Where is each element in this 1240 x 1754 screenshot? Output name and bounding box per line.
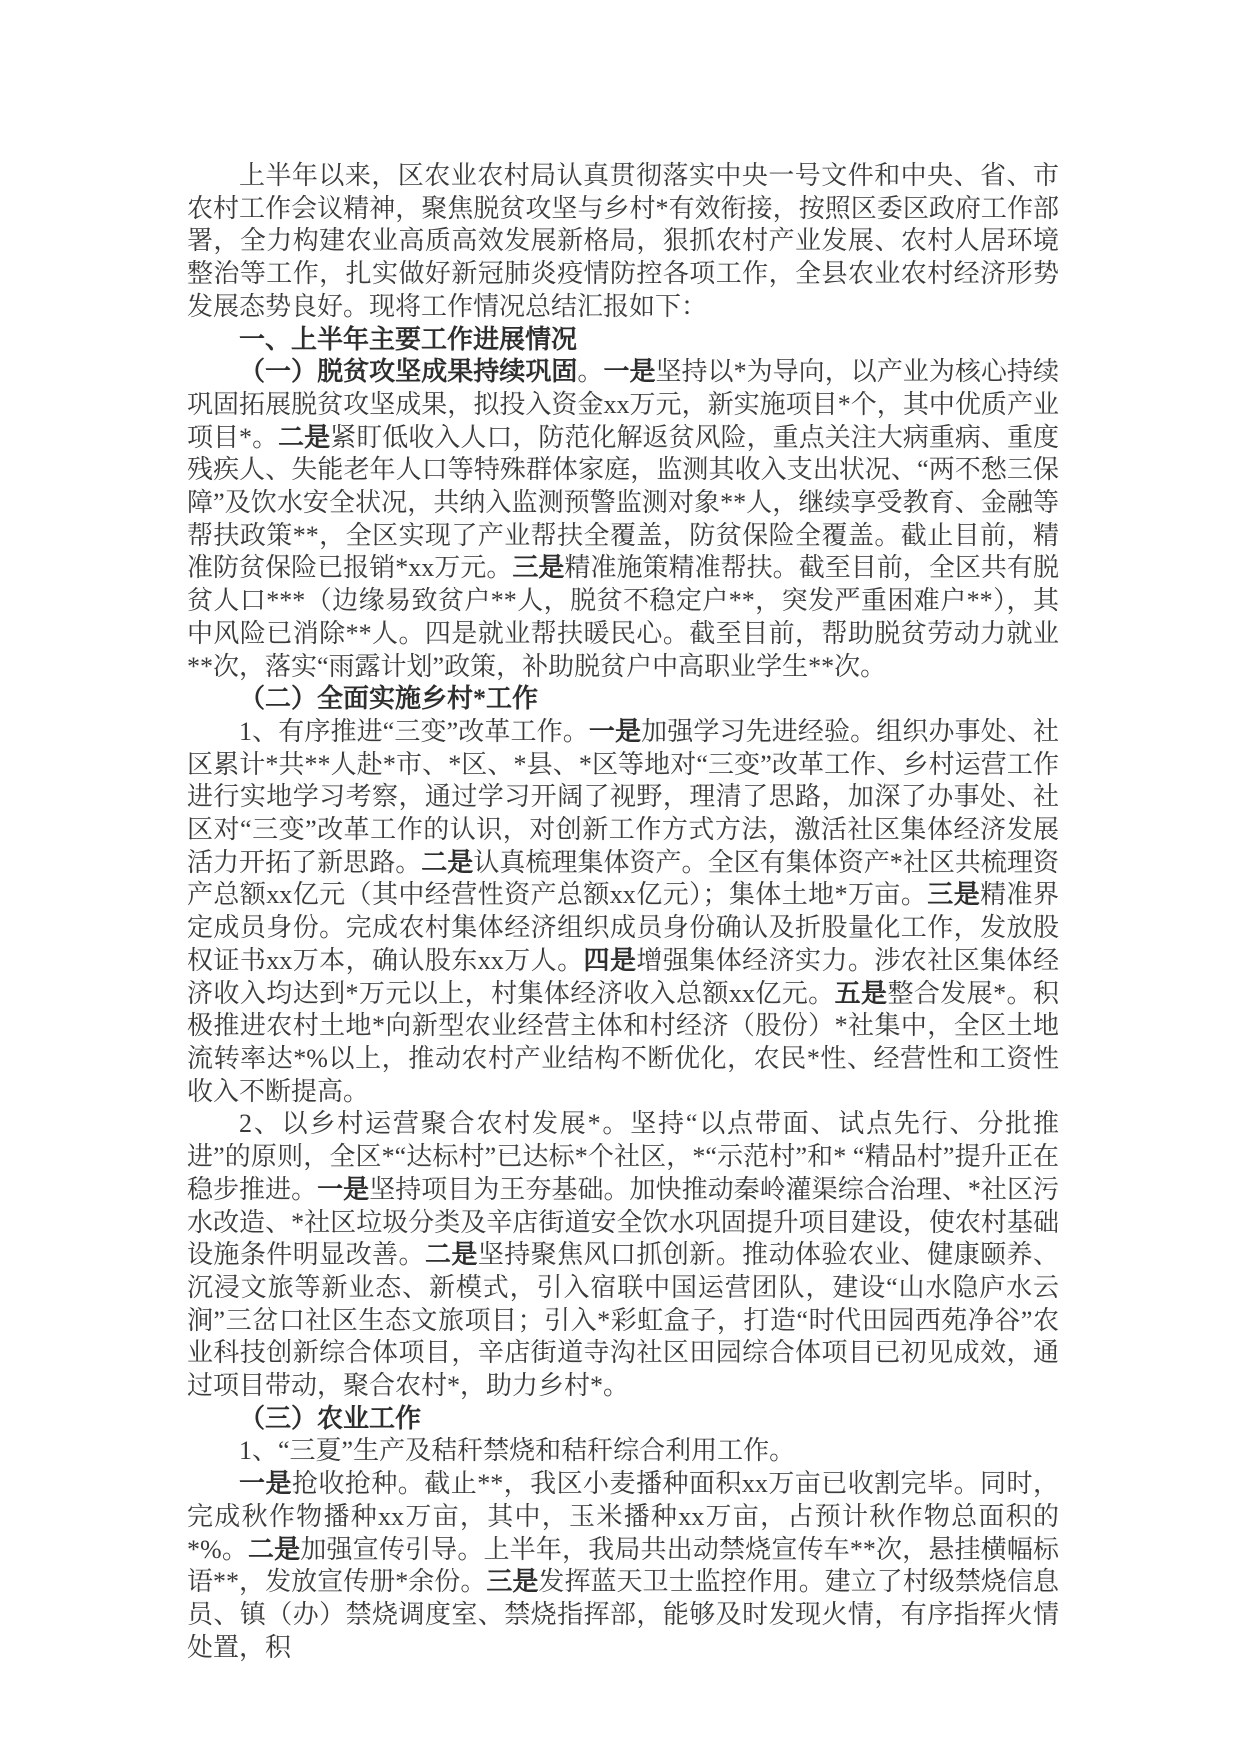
bold-text-run: 一是: [603, 357, 655, 386]
bold-text-run: 一是: [589, 717, 641, 746]
bold-text-run: 二是: [425, 1240, 478, 1269]
text-run: 。: [577, 357, 603, 386]
bold-text-run: 二是: [421, 848, 473, 877]
section-heading: （三）农业工作: [187, 1403, 1059, 1436]
paragraph: （一）脱贫攻坚成果持续巩固。一是坚持以*为导向，以产业为核心持续巩固拓展脱贫攻坚…: [187, 356, 1059, 683]
paragraph: 上半年以来，区农业农村局认真贯彻落实中央一号文件和中央、省、市农村工作会议精神，…: [187, 160, 1059, 324]
bold-text-run: （一）脱贫攻坚成果持续巩固: [239, 357, 577, 386]
bold-text-run: （三）农业工作: [239, 1404, 421, 1433]
bold-text-run: 二是: [278, 423, 330, 452]
bold-text-run: 一是: [239, 1469, 292, 1498]
paragraph: 1、“三夏”生产及秸秆禁烧和秸秆综合利用工作。: [187, 1435, 1059, 1468]
bold-text-run: 三是: [927, 880, 980, 909]
bold-text-run: 一、上半年主要工作进展情况: [239, 325, 577, 354]
document-body: 上半年以来，区农业农村局认真贯彻落实中央一号文件和中央、省、市农村工作会议精神，…: [187, 160, 1059, 1664]
bold-text-run: 三是: [486, 1567, 538, 1596]
document-page: 上半年以来，区农业农村局认真贯彻落实中央一号文件和中央、省、市农村工作会议精神，…: [0, 0, 1240, 1754]
section-heading: 一、上半年主要工作进展情况: [187, 324, 1059, 357]
paragraph: 1、有序推进“三变”改革工作。一是加强学习先进经验。组织办事处、社区累计*共**…: [187, 716, 1059, 1108]
bold-text-run: 二是: [248, 1535, 300, 1564]
bold-text-run: 四是: [584, 946, 637, 975]
text-run: 1、“三夏”生产及秸秆禁烧和秸秆综合利用工作。: [239, 1436, 795, 1465]
bold-text-run: 五是: [835, 979, 888, 1008]
text-run: 上半年以来，区农业农村局认真贯彻落实中央一号文件和中央、省、市农村工作会议精神，…: [187, 161, 1059, 321]
bold-text-run: 一是: [317, 1175, 369, 1204]
section-heading: （二）全面实施乡村*工作: [187, 683, 1059, 716]
bold-text-run: 三是: [512, 553, 564, 582]
text-run: 1、有序推进“三变”改革工作。: [239, 717, 589, 746]
paragraph: 一是抢收抢种。截止**，我区小麦播种面积xx万亩已收割完毕。同时，完成秋作物播种…: [187, 1468, 1059, 1664]
bold-text-run: （二）全面实施乡村*工作: [239, 684, 538, 713]
paragraph: 2、以乡村运营聚合农村发展*。坚持“以点带面、试点先行、分批推进”的原则，全区*…: [187, 1108, 1059, 1402]
